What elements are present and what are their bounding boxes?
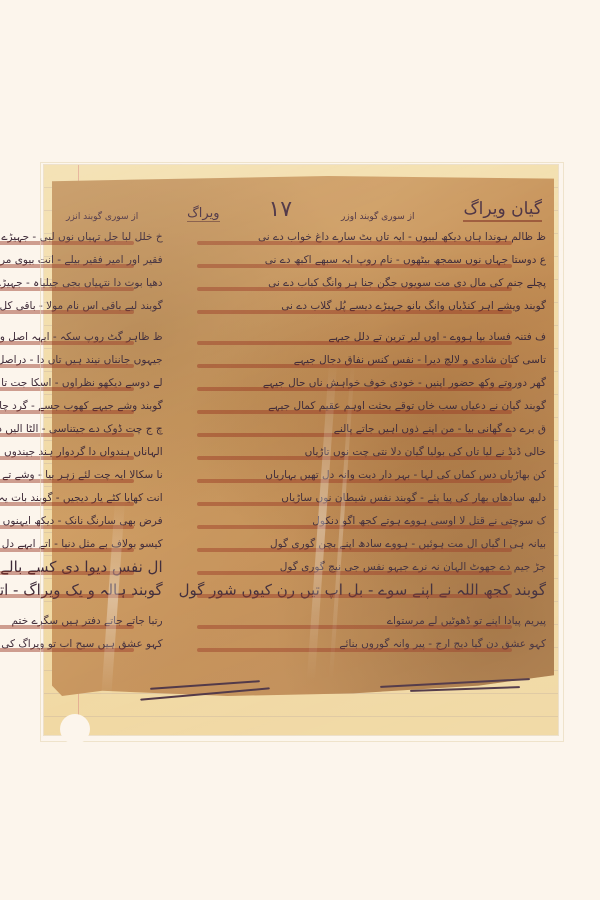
punch-hole xyxy=(60,714,90,744)
plastic-sleeve xyxy=(40,162,564,742)
